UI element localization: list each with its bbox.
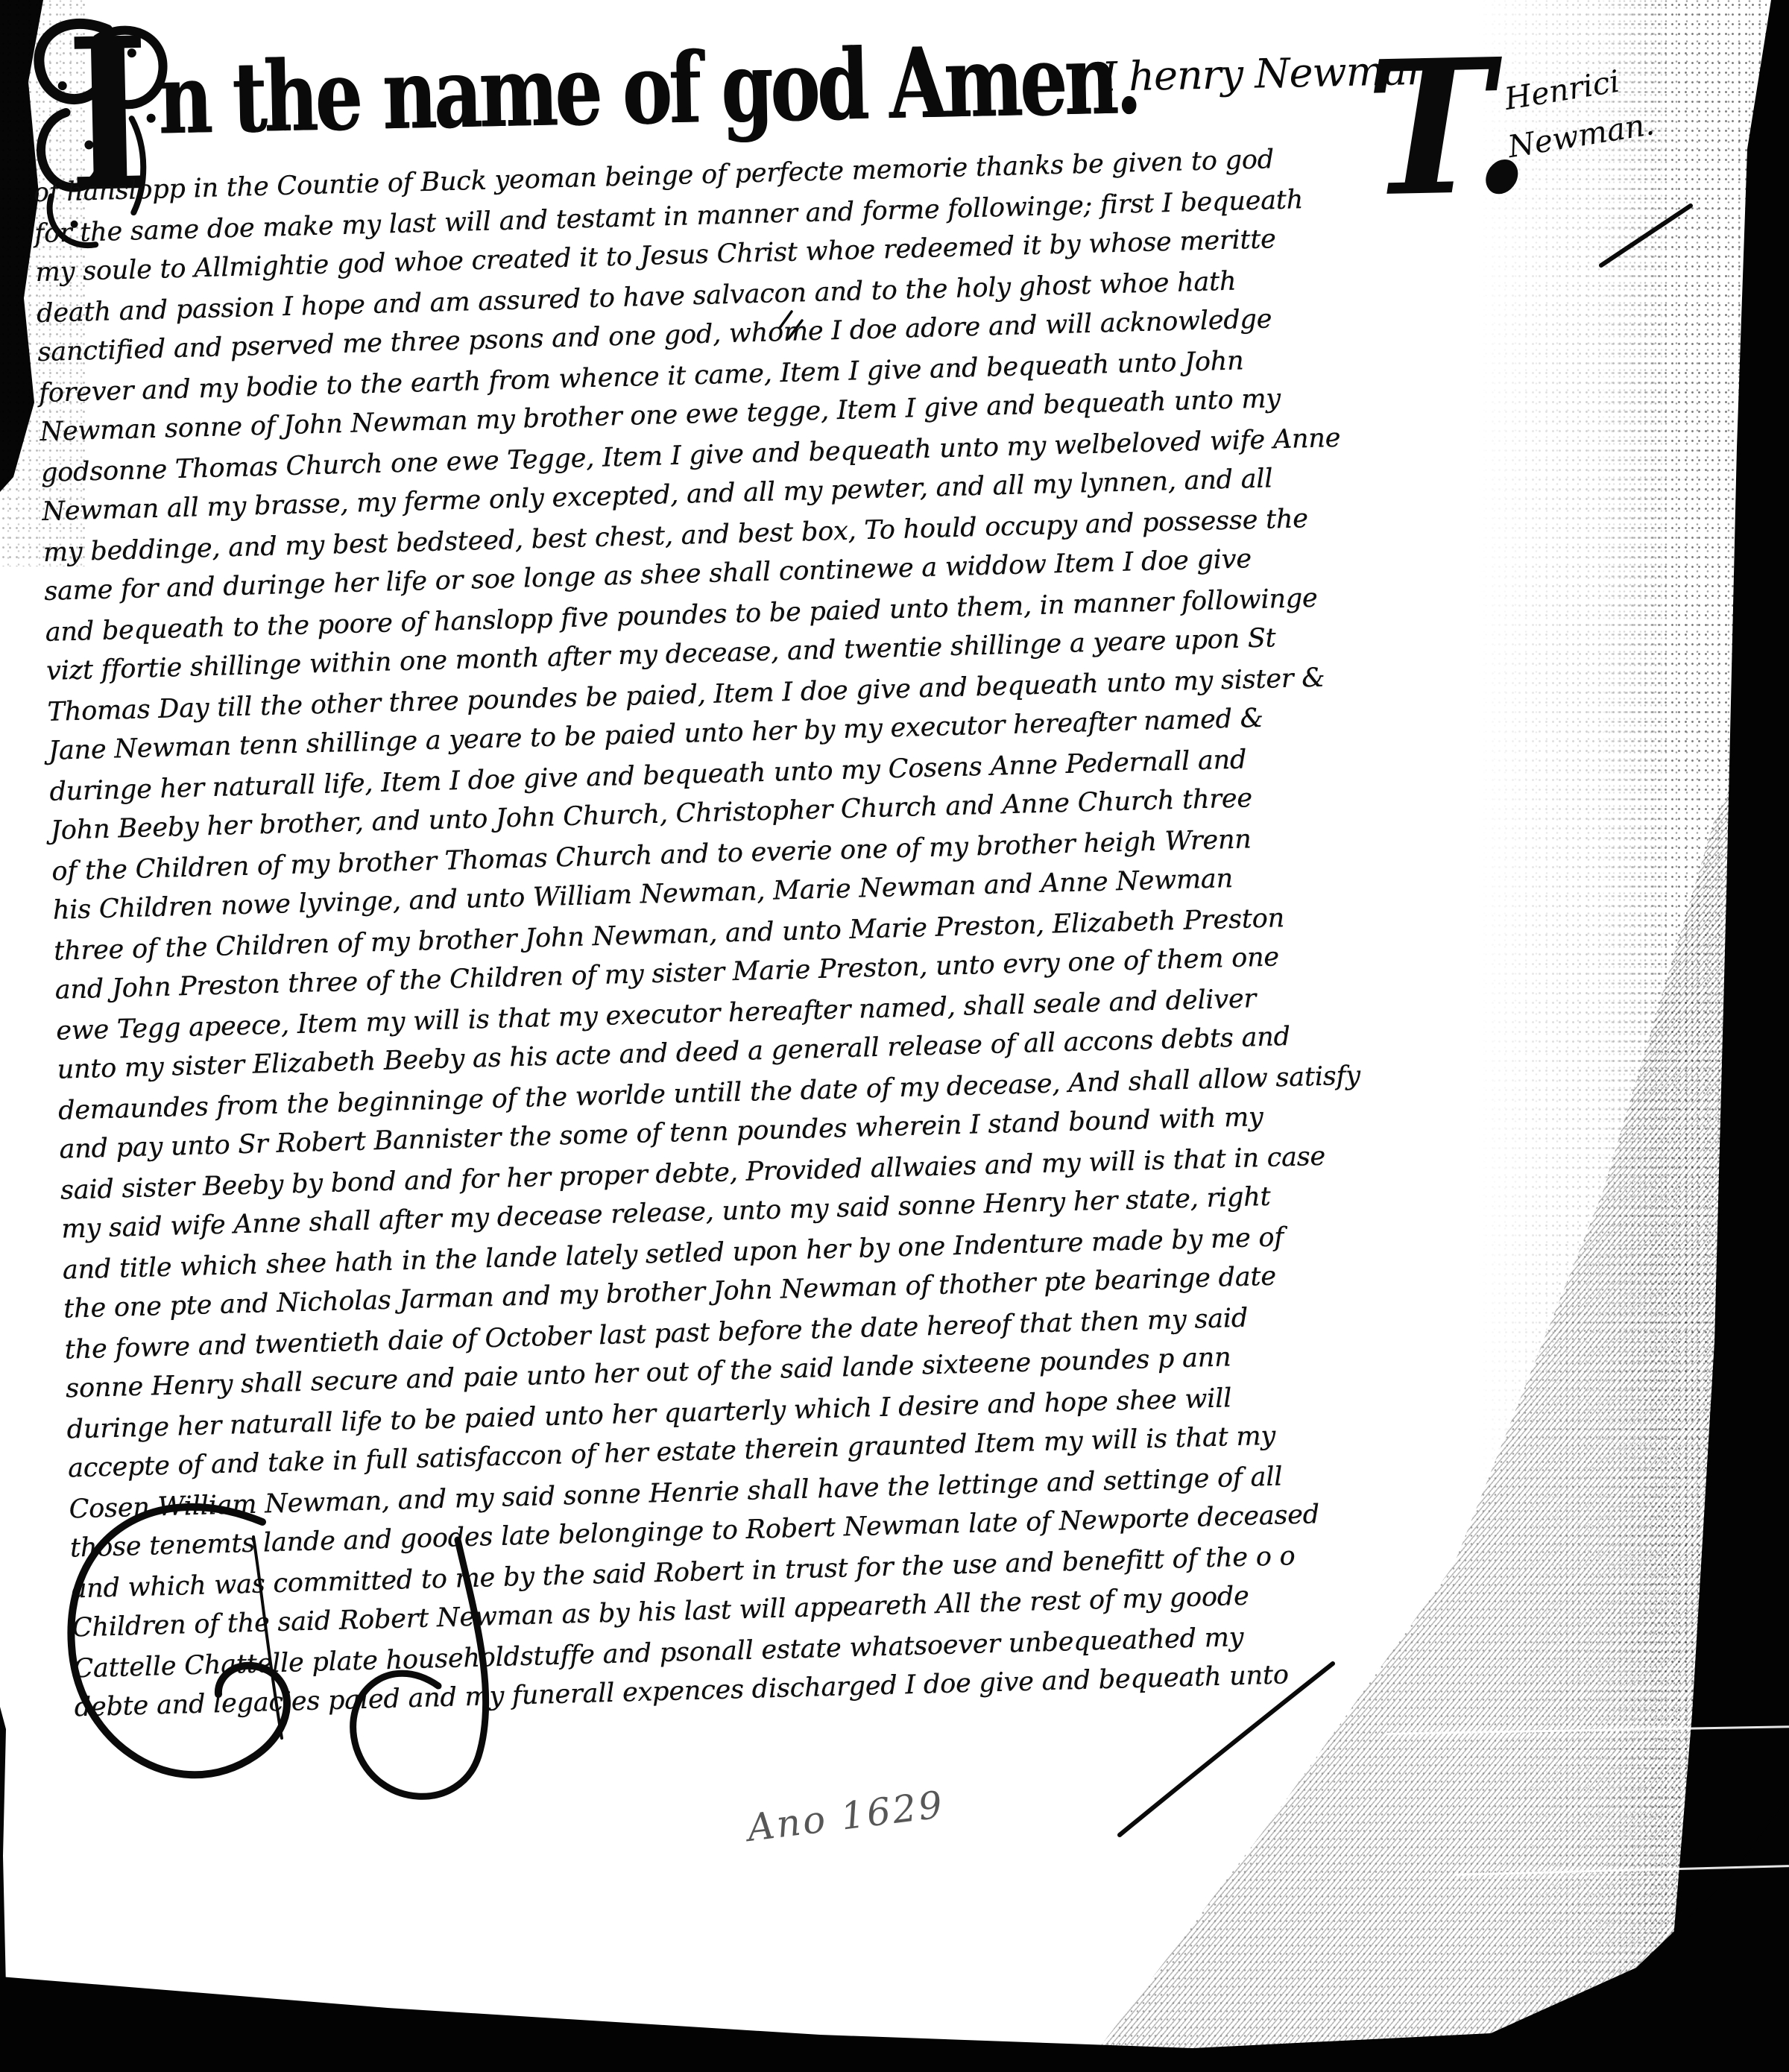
pen-flourish-center (353, 1540, 486, 1796)
manuscript-page: I n the name of god Amen. I henry Newman… (0, 0, 1789, 2072)
caret-marks (780, 312, 802, 338)
stray-stroke-top-right (1601, 206, 1691, 265)
ink-flourishes (0, 0, 1789, 2072)
stray-stroke-bottom-right (1120, 1664, 1333, 1835)
pen-flourish-left-tail (253, 1537, 282, 1738)
